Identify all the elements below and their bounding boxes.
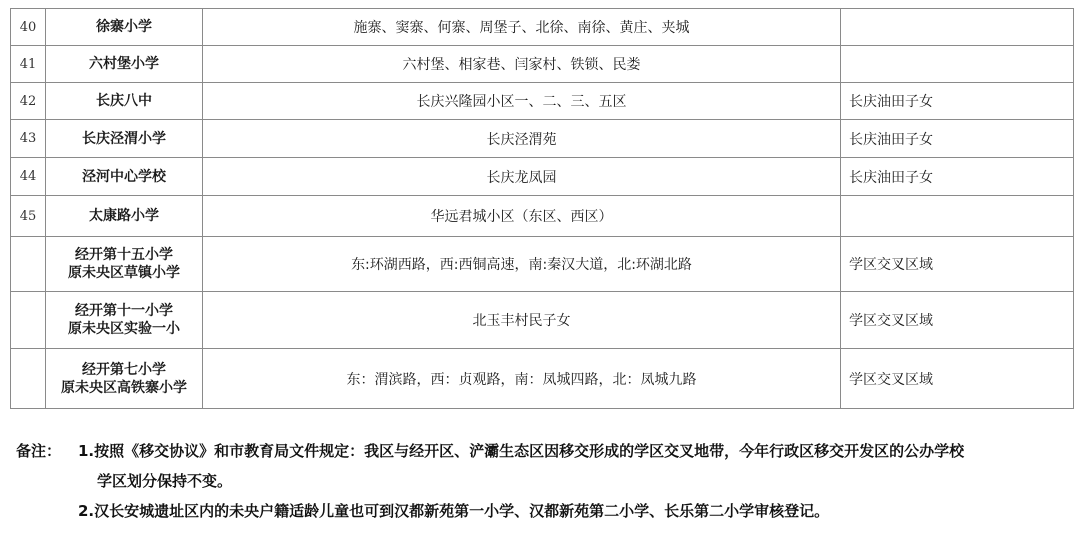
school-name: 六村堡小学 xyxy=(46,46,203,83)
school-former-name: 原未央区草镇小学 xyxy=(46,264,202,282)
table-row: 43 长庆泾渭小学 长庆泾渭苑 长庆油田子女 xyxy=(11,120,1074,158)
row-number: 44 xyxy=(11,158,46,196)
enrollment-area: 长庆泾渭苑 xyxy=(203,120,841,158)
row-note: 长庆油田子女 xyxy=(841,83,1074,120)
table-row: 经开第十五小学 原未央区草镇小学 东:环湖西路，西:西铜高速，南:秦汉大道，北:… xyxy=(11,237,1074,292)
row-note: 长庆油田子女 xyxy=(841,158,1074,196)
row-number: 45 xyxy=(11,196,46,237)
enrollment-area: 六村堡、相家巷、闫家村、铁锁、民娄 xyxy=(203,46,841,83)
row-note xyxy=(841,9,1074,46)
row-number: 40 xyxy=(11,9,46,46)
school-name: 徐寨小学 xyxy=(46,9,203,46)
enrollment-area: 华远君城小区（东区、西区） xyxy=(203,196,841,237)
row-number: 41 xyxy=(11,46,46,83)
table-row: 40 徐寨小学 施寨、窦寨、何寨、周堡子、北徐、南徐、黄庄、夹城 xyxy=(11,9,1074,46)
enrollment-area: 东:环湖西路，西:西铜高速，南:秦汉大道，北:环湖北路 xyxy=(203,237,841,292)
table-row: 42 长庆八中 长庆兴隆园小区一、二、三、五区 长庆油田子女 xyxy=(11,83,1074,120)
remark-item-1: 备注： 1.按照《移交协议》和市教育局文件规定：我区与经开区、浐灞生态区因移交形… xyxy=(16,436,964,466)
school-name: 长庆八中 xyxy=(46,83,203,120)
enrollment-area: 长庆龙凤园 xyxy=(203,158,841,196)
remark-item-2: 2.汉长安城遗址区内的未央户籍适龄儿童也可到汉都新苑第一小学、汉都新苑第二小学、… xyxy=(16,496,964,526)
row-note: 学区交叉区域 xyxy=(841,292,1074,349)
table-row: 经开第十一小学 原未央区实验一小 北玉丰村民子女 学区交叉区域 xyxy=(11,292,1074,349)
row-note: 学区交叉区域 xyxy=(841,349,1074,409)
row-note xyxy=(841,46,1074,83)
remark-1-continuation: 学区划分保持不变。 xyxy=(16,466,964,496)
school-name: 经开第十五小学 原未央区草镇小学 xyxy=(46,237,203,292)
row-number: 42 xyxy=(11,83,46,120)
school-zone-table: 40 徐寨小学 施寨、窦寨、何寨、周堡子、北徐、南徐、黄庄、夹城 41 六村堡小… xyxy=(10,8,1074,409)
row-number: 43 xyxy=(11,120,46,158)
school-name: 泾河中心学校 xyxy=(46,158,203,196)
school-former-name: 原未央区实验一小 xyxy=(46,320,202,338)
row-number xyxy=(11,237,46,292)
school-name: 经开第十一小学 原未央区实验一小 xyxy=(46,292,203,349)
table-row: 44 泾河中心学校 长庆龙凤园 长庆油田子女 xyxy=(11,158,1074,196)
row-number xyxy=(11,349,46,409)
remarks-section: 备注： 1.按照《移交协议》和市教育局文件规定：我区与经开区、浐灞生态区因移交形… xyxy=(16,436,964,526)
table-row: 经开第七小学 原未央区高铁寨小学 东：渭滨路，西：贞观路，南：凤城四路，北：凤城… xyxy=(11,349,1074,409)
school-name: 长庆泾渭小学 xyxy=(46,120,203,158)
school-name: 经开第七小学 原未央区高铁寨小学 xyxy=(46,349,203,409)
row-number xyxy=(11,292,46,349)
table-row: 45 太康路小学 华远君城小区（东区、西区） xyxy=(11,196,1074,237)
enrollment-area: 长庆兴隆园小区一、二、三、五区 xyxy=(203,83,841,120)
school-current-name: 经开第七小学 xyxy=(46,361,202,379)
table-row: 41 六村堡小学 六村堡、相家巷、闫家村、铁锁、民娄 xyxy=(11,46,1074,83)
remarks-label: 备注： xyxy=(16,436,78,466)
table-body: 40 徐寨小学 施寨、窦寨、何寨、周堡子、北徐、南徐、黄庄、夹城 41 六村堡小… xyxy=(11,9,1074,409)
row-note: 学区交叉区域 xyxy=(841,237,1074,292)
school-former-name: 原未央区高铁寨小学 xyxy=(46,379,202,397)
enrollment-area: 北玉丰村民子女 xyxy=(203,292,841,349)
school-current-name: 经开第十五小学 xyxy=(46,246,202,264)
row-note xyxy=(841,196,1074,237)
row-note: 长庆油田子女 xyxy=(841,120,1074,158)
school-current-name: 经开第十一小学 xyxy=(46,302,202,320)
school-name: 太康路小学 xyxy=(46,196,203,237)
enrollment-area: 施寨、窦寨、何寨、周堡子、北徐、南徐、黄庄、夹城 xyxy=(203,9,841,46)
enrollment-area: 东：渭滨路，西：贞观路，南：凤城四路，北：凤城九路 xyxy=(203,349,841,409)
remark-1-text: 1.按照《移交协议》和市教育局文件规定：我区与经开区、浐灞生态区因移交形成的学区… xyxy=(78,436,964,466)
